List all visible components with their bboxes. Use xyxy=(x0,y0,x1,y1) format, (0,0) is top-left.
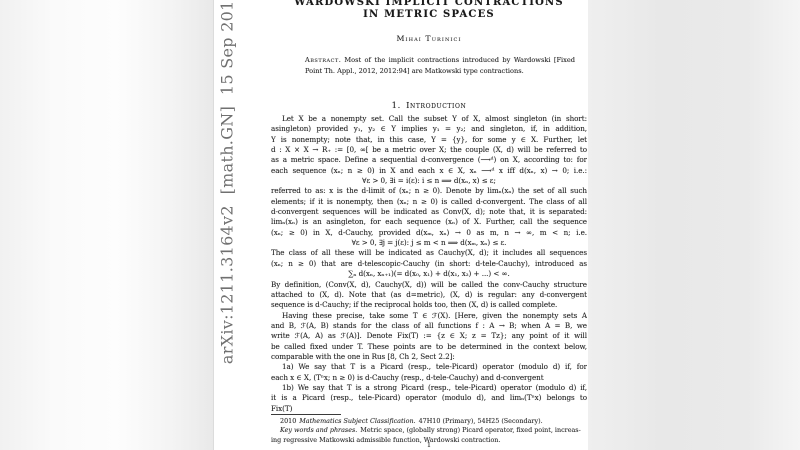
body-line: 1a) We say that T is a Picard (resp., te… xyxy=(271,362,587,372)
title-line2: IN METRIC SPACES xyxy=(271,9,587,21)
body-line: d : X × X → R₊ := [0, ∞[ be a metric ove… xyxy=(271,145,587,155)
body-line: as a metric space. Define a sequential d… xyxy=(271,155,587,165)
body-line: Having these precise, take some T ∈ ℱ(X)… xyxy=(271,311,587,321)
footnote-keywords-line1: Key words and phrases.Metric space, (glo… xyxy=(271,426,587,435)
body-line: 1b) We say that T is a strong Picard (re… xyxy=(271,383,587,393)
body-line: Fix(T) xyxy=(271,404,587,414)
abstract-label: Abstract. xyxy=(305,56,341,64)
body-text: Let X be a nonempty set. Call the subset… xyxy=(271,114,587,414)
keywords-label: Key words and phrases. xyxy=(280,426,357,434)
body-line: and B, ℱ(A, B) stands for the class of a… xyxy=(271,321,587,331)
body-line: d-convergent sequences will be indicated… xyxy=(271,207,587,217)
body-line: ∀ε > 0, ∃j = j(ε): j ≤ m < n ⟹ d(xₘ, xₙ)… xyxy=(271,238,587,248)
body-line: The class of all these will be indicated… xyxy=(271,248,587,258)
background-right-band xyxy=(588,0,800,450)
body-line: write ℱ(A, A) as ℱ(A)]. Denote Fix(T) :=… xyxy=(271,331,587,341)
body-line: Let X be a nonempty set. Call the subset… xyxy=(271,114,587,124)
body-line: be called fixed under T. These points ar… xyxy=(271,342,587,352)
abstract-text: Most of the implicit contractions introd… xyxy=(305,56,575,75)
msc-label: Mathematics Subject Classification. xyxy=(299,417,415,425)
body-line: elements; if it is nonempty, then (xₙ; n… xyxy=(271,197,587,207)
msc-text: 47H10 (Primary), 54H25 (Secondary). xyxy=(419,417,543,425)
title-line1: WARDOWSKI IMPLICIT CONTRACTIONS xyxy=(271,0,587,9)
body-line: limₙ(xₙ) is an asingleton, for each sequ… xyxy=(271,217,587,227)
author-name: Mihai Turinici xyxy=(271,34,587,43)
body-line: ∑ₙ d(xₙ, xₙ₊₁)(= d(x₀, x₁) + d(x₁, x₂) +… xyxy=(271,269,587,279)
arxiv-stamp: arXiv:1211.3164v2 [math.GN] 15 Sep 2013 xyxy=(218,0,237,364)
body-line: attached to (X, d). Note that (as d=metr… xyxy=(271,290,587,300)
paper-title: WARDOWSKI IMPLICIT CONTRACTIONS IN METRI… xyxy=(271,0,587,20)
body-line: ∀ε > 0, ∃i = i(ε): i ≤ n ⟹ d(xₙ, x) ≤ ε; xyxy=(271,176,587,186)
background-left-band xyxy=(0,0,213,450)
body-line: asingleton) provided y₁, y₂ ∈ Y implies … xyxy=(271,124,587,134)
body-line: referred to as: x is the d-limit of (xₙ;… xyxy=(271,186,587,196)
document-canvas: arXiv:1211.3164v2 [math.GN] 15 Sep 2013 … xyxy=(0,0,800,450)
body-line: Y is nonempty; note that, in this case, … xyxy=(271,135,587,145)
body-line: it is a Picard (resp., tele-Picard) oper… xyxy=(271,393,587,403)
keywords-text1: Metric space, (globally strong) Picard o… xyxy=(360,426,580,434)
paper-page: arXiv:1211.3164v2 [math.GN] 15 Sep 2013 … xyxy=(213,0,588,450)
msc-prefix: 2010 xyxy=(280,417,296,425)
section-heading: 1. Introduction xyxy=(271,100,587,110)
page-number: 1 xyxy=(271,441,587,449)
footnote-msc-line: 2010Mathematics Subject Classification.4… xyxy=(271,417,587,426)
body-line: sequence is d-Cauchy; if the reciprocal … xyxy=(271,300,587,310)
footnote-rule xyxy=(271,414,341,415)
body-line: comparable with the one in Rus [8, Ch 2,… xyxy=(271,352,587,362)
body-line: (xₙ; n ≥ 0) that are d-telescopic-Cauchy… xyxy=(271,259,587,269)
page-content: WARDOWSKI IMPLICIT CONTRACTIONS IN METRI… xyxy=(271,0,587,450)
body-line: each sequence (xₙ; n ≥ 0) in X and each … xyxy=(271,166,587,176)
body-line: (xₙ; ≥ 0) in X, d-Cauchy, provided d(xₘ,… xyxy=(271,228,587,238)
body-line: By definition, (Conv(X, d), Cauchy(X, d)… xyxy=(271,280,587,290)
abstract: Abstract.Most of the implicit contractio… xyxy=(305,55,575,77)
body-line: each x ∈ X, (Tⁿx; n ≥ 0) is d-Cauchy (re… xyxy=(271,373,587,383)
